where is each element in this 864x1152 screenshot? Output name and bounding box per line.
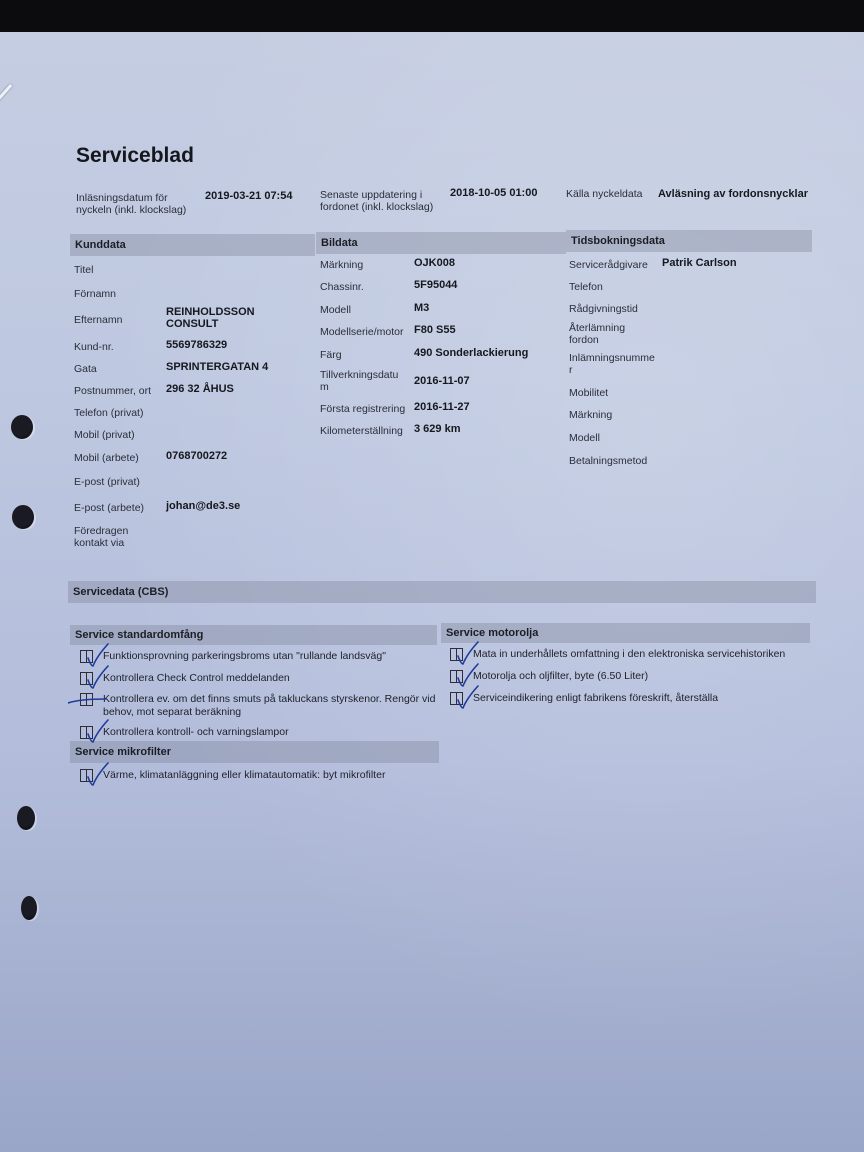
service-checklist-item: Kontrollera ev. om det finns smuts på ta…: [80, 693, 440, 719]
field-value: REINHOLDSSON CONSULT: [166, 306, 255, 330]
field-value: M3: [414, 302, 429, 314]
field-label: Färg: [320, 349, 342, 361]
field-label: Telefon (privat): [74, 407, 143, 419]
section-servicedata: Servicedata (CBS): [68, 581, 816, 603]
field-value: 2016-11-27: [414, 401, 470, 413]
section-kunddata: Kunddata: [70, 234, 315, 256]
field-value: 3 629 km: [414, 423, 460, 435]
field-value: Patrik Carlson: [662, 257, 737, 269]
meta-label-last-update: Senaste uppdatering i fordonet (inkl. kl…: [320, 189, 433, 213]
punch-hole-icon: [21, 896, 37, 920]
checklist-item-text: Funktionsprovning parkeringsbroms utan "…: [103, 650, 386, 663]
field-value: SPRINTERGATAN 4: [166, 361, 268, 373]
section-service-motorolja: Service motorolja: [441, 623, 810, 643]
field-label: Föredragen kontakt via: [74, 525, 128, 549]
field-label: E-post (privat): [74, 476, 140, 488]
service-checklist-item: Serviceindikering enligt fabrikens föres…: [450, 692, 810, 705]
page-title: Serviceblad: [76, 144, 194, 168]
field-label: Betalningsmetod: [569, 455, 647, 467]
checklist-item-text: Mata in underhållets omfattning i den el…: [473, 648, 785, 661]
field-label: Förnamn: [74, 288, 116, 300]
meta-value-read-date: 2019-03-21 07:54: [205, 190, 292, 202]
checkbox[interactable]: [80, 769, 93, 782]
field-value: 5F95044: [414, 279, 457, 291]
field-value: 5569786329: [166, 339, 227, 351]
field-label: Första registrering: [320, 403, 405, 415]
field-label: Mobil (privat): [74, 429, 135, 441]
field-label: E-post (arbete): [74, 502, 144, 514]
checkbox[interactable]: [80, 693, 93, 706]
checkbox[interactable]: [80, 650, 93, 663]
section-service-standard: Service standardomfång: [70, 625, 437, 645]
meta-label-key-source: Källa nyckeldata: [566, 188, 642, 200]
checkbox[interactable]: [80, 672, 93, 685]
field-label: Modellserie/motor: [320, 326, 403, 338]
field-value: F80 S55: [414, 324, 456, 336]
field-label: Rådgivningstid: [569, 303, 638, 315]
punch-hole-icon: [11, 415, 33, 439]
field-label: Efternamn: [74, 314, 122, 326]
field-label: Modell: [320, 304, 351, 316]
field-value: OJK008: [414, 257, 455, 269]
field-label: Kilometerställning: [320, 425, 403, 437]
field-label: Titel: [74, 264, 93, 276]
field-value: 296 32 ÅHUS: [166, 383, 234, 395]
field-value: 0768700272: [166, 450, 227, 462]
section-tidsbokningsdata: Tidsbokningsdata: [566, 230, 812, 252]
meta-value-key-source: Avläsning av fordonsnycklar: [658, 188, 808, 200]
field-label: Postnummer, ort: [74, 385, 151, 397]
field-value: 2016-11-07: [414, 375, 470, 387]
service-checklist-item: Funktionsprovning parkeringsbroms utan "…: [80, 650, 440, 663]
service-checklist-item: Mata in underhållets omfattning i den el…: [450, 648, 810, 661]
punch-hole-icon: [17, 806, 35, 830]
service-checklist-item: Värme, klimatanläggning eller klimatauto…: [80, 769, 440, 782]
field-label: Inlämningsnumme r: [569, 352, 655, 376]
field-label: Gata: [74, 363, 97, 375]
checklist-item-text: Kontrollera ev. om det finns smuts på ta…: [103, 693, 435, 719]
field-label: Märkning: [320, 259, 363, 271]
checkbox[interactable]: [80, 726, 93, 739]
service-checklist-item: Motorolja och oljfilter, byte (6.50 Lite…: [450, 670, 810, 683]
field-label: Kund-nr.: [74, 341, 114, 353]
checklist-item-text: Kontrollera kontroll- och varningslampor: [103, 726, 289, 739]
checkbox[interactable]: [450, 670, 463, 683]
section-service-mikrofilter: Service mikrofilter: [70, 741, 439, 763]
field-label: Tillverkningsdatu m: [320, 369, 398, 393]
service-checklist-item: Kontrollera kontroll- och varningslampor: [80, 726, 440, 739]
checklist-item-text: Motorolja och oljfilter, byte (6.50 Lite…: [473, 670, 648, 683]
field-label: Servicerådgivare: [569, 259, 648, 271]
checklist-item-text: Värme, klimatanläggning eller klimatauto…: [103, 769, 385, 782]
paper-corner-fold: [0, 84, 12, 125]
checkbox[interactable]: [450, 692, 463, 705]
field-value: johan@de3.se: [166, 500, 240, 512]
punch-hole-icon: [12, 505, 34, 529]
field-label: Modell: [569, 432, 600, 444]
meta-label-read-date: Inläsningsdatum för nyckeln (inkl. klock…: [76, 192, 186, 216]
checklist-item-text: Serviceindikering enligt fabrikens föres…: [473, 692, 718, 705]
meta-value-last-update: 2018-10-05 01:00: [450, 187, 537, 199]
checkbox[interactable]: [450, 648, 463, 661]
field-label: Mobil (arbete): [74, 452, 139, 464]
field-label: Chassinr.: [320, 281, 364, 293]
field-label: Telefon: [569, 281, 603, 293]
field-value: 490 Sonderlackierung: [414, 347, 528, 359]
field-label: Återlämning fordon: [569, 322, 625, 346]
field-label: Mobilitet: [569, 387, 608, 399]
section-bildata: Bildata: [316, 232, 566, 254]
field-label: Märkning: [569, 409, 612, 421]
checklist-item-text: Kontrollera Check Control meddelanden: [103, 672, 290, 685]
service-checklist-item: Kontrollera Check Control meddelanden: [80, 672, 440, 685]
